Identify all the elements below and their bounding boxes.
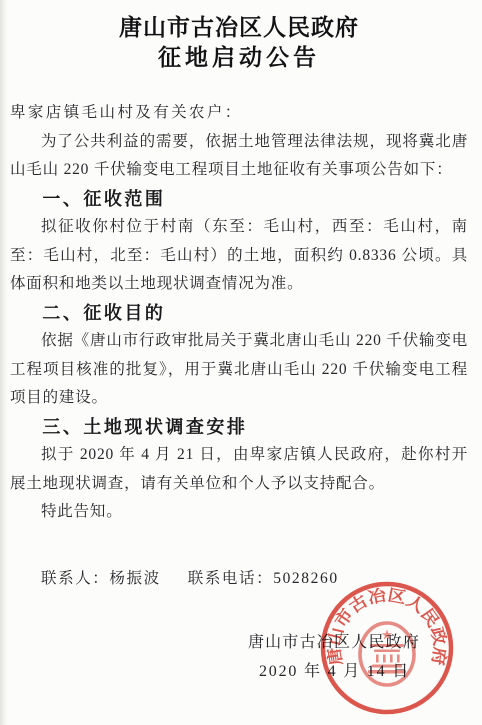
- document-title-line2: 征地启动公告: [10, 43, 468, 73]
- section-1-heading: 一、征收范围: [10, 185, 468, 214]
- section-2-body: 依据《唐山市行政审批局关于冀北唐山毛山 220 千伏输变电工程项目核准的批复》，…: [10, 327, 468, 413]
- contact-phone-label: 联系电话：: [188, 570, 274, 587]
- closing-line: 特此告知。: [10, 498, 468, 527]
- contact-person-label: 联系人：: [41, 570, 109, 587]
- signature-block: 唐山市古冶区人民政府 2020 年 4 月 14 日: [10, 628, 468, 686]
- intro-paragraph: 为了公共利益的需要，依据土地管理法律法规，现将冀北唐山毛山 220 千伏输变电工…: [10, 128, 468, 185]
- signature-date: 2020 年 4 月 14 日: [10, 657, 468, 686]
- section-3-body: 拟于 2020 年 4 月 21 日，由卑家店镇人民政府，赴你村开展土地现状调查…: [10, 441, 468, 498]
- contact-person: 杨振波: [109, 570, 160, 587]
- salutation: 卑家店镇毛山村及有关农户：: [10, 99, 468, 128]
- document-title: 唐山市古冶区人民政府 征地启动公告: [10, 13, 468, 73]
- section-2-heading: 二、征收目的: [10, 299, 468, 328]
- document-title-line1: 唐山市古冶区人民政府: [10, 13, 468, 43]
- section-1-body: 拟征收你村位于村南（东至：毛山村，西至：毛山村，南至：毛山村，北至：毛山村）的土…: [10, 213, 468, 299]
- announcement-page: 唐山市古冶区人民政府 征地启动公告 卑家店镇毛山村及有关农户： 为了公共利益的需…: [0, 0, 482, 725]
- document-content: 唐山市古冶区人民政府 征地启动公告 卑家店镇毛山村及有关农户： 为了公共利益的需…: [0, 0, 482, 686]
- signature-org: 唐山市古冶区人民政府: [10, 628, 468, 657]
- contact-line: 联系人：杨振波联系电话：5028260: [10, 565, 468, 594]
- contact-phone: 5028260: [273, 570, 338, 587]
- section-3-heading: 三、土地现状调查安排: [10, 413, 468, 442]
